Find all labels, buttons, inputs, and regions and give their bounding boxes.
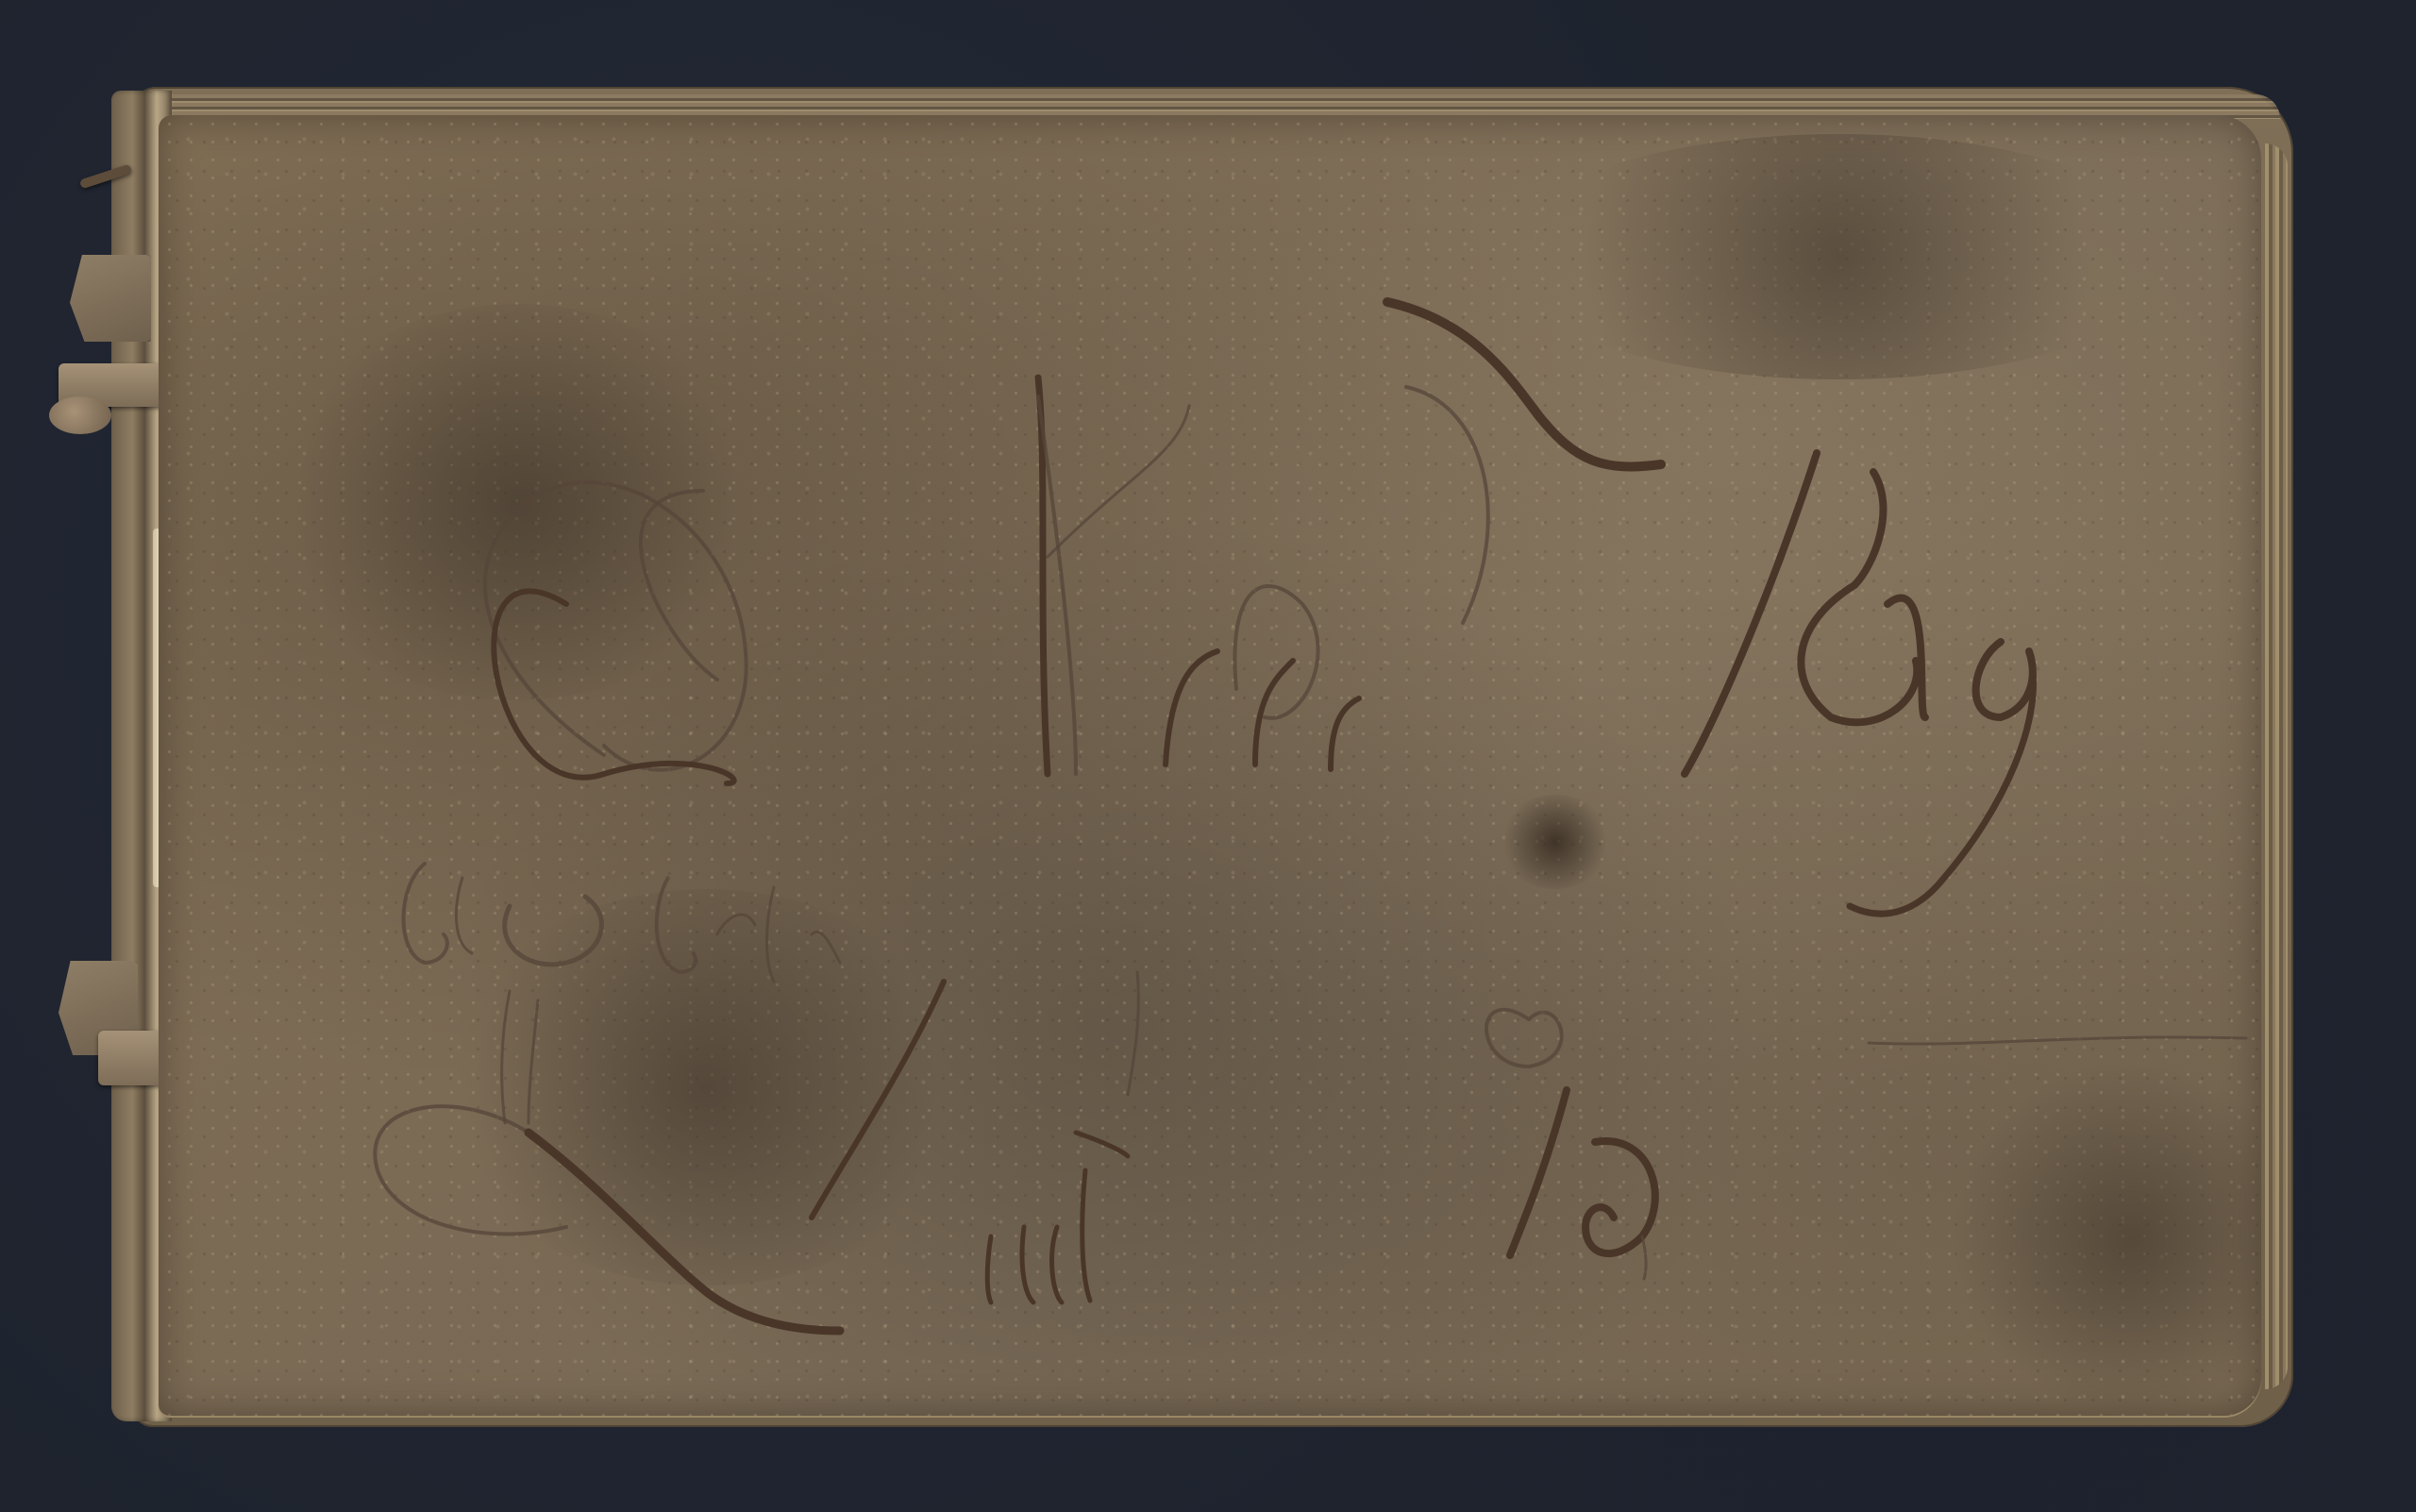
cover-title-inscription: Note Bog: [661, 529, 706, 539]
cover-subtitle-inscription: Lande B.: [944, 1151, 986, 1162]
spine-tie-top-flap: [70, 255, 151, 342]
cover-signature-inscription: C. L. Christian: [396, 878, 465, 888]
spine-tie-top-end: [49, 396, 111, 434]
cover-stain: [1499, 134, 2178, 379]
ink-blot: [1499, 795, 1612, 889]
cover-stain: [272, 304, 763, 700]
cover-stain: [442, 889, 970, 1285]
notebook-cover: [159, 115, 2261, 1416]
